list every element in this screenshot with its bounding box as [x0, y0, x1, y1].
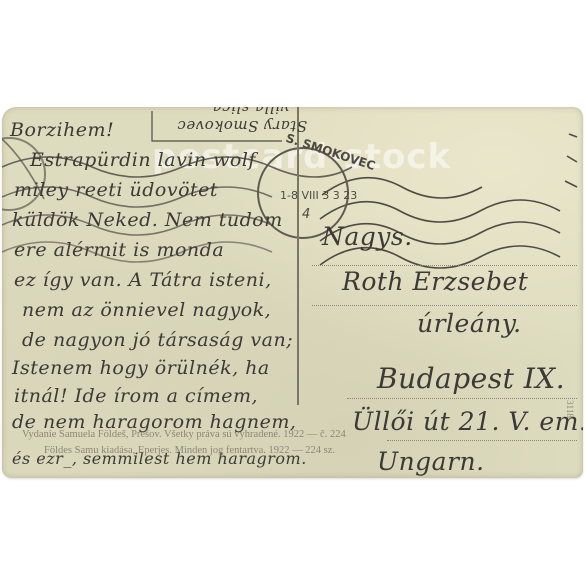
message-line-10: itnál! Ide írom a címem,	[14, 385, 258, 407]
address-title: úrleány.	[417, 309, 522, 338]
address-line-4	[387, 440, 577, 441]
message-line-4: küldök Neked. Nem tudom	[12, 209, 283, 231]
message-line-2: Estrapürdin lavin wolf	[30, 149, 256, 171]
message-line-6: ez így van. A Tátra isteni,	[14, 269, 272, 291]
address-street: Üllői út 21. V. em.	[352, 407, 583, 436]
imprint-hungarian: Földes Samu kiadása, Eperjes. Minden jog…	[44, 445, 335, 456]
postmark-date: 1-8 VIII 3 3 23	[280, 189, 357, 202]
message-line-5: ere alérmit is monda	[14, 239, 224, 261]
upside-down-note-line-1: Stary Smokovec	[177, 117, 307, 135]
address-city: Budapest IX.	[377, 362, 565, 395]
upside-down-note-line-2: villa slica.	[207, 107, 289, 117]
address-name: Roth Erzsebet	[342, 267, 528, 296]
vertical-divider	[297, 107, 299, 405]
address-salutation: Nagys.	[322, 222, 413, 251]
message-line-7: nem az önnievel nagyok,	[22, 299, 271, 321]
postmark-code: 4	[302, 207, 310, 222]
imprint-slovak: Vydanie Samuela Földeš, Prešov. Všetky p…	[22, 429, 346, 440]
address-line-2	[312, 305, 577, 306]
serial-number: 3118	[565, 400, 575, 418]
postcard-back: postcard-stock S. SMOKOVEC 1-8 VIII 3 3 …	[2, 107, 583, 478]
address-line-1	[312, 265, 577, 266]
message-line-8: de nagyon jó társaság van;	[22, 329, 293, 351]
message-line-3: miley reeti üdovötet	[14, 179, 218, 201]
message-line-1: Borzihem!	[10, 119, 114, 141]
address-line-3	[347, 398, 577, 399]
address-country: Ungarn.	[377, 447, 485, 476]
message-line-9: Istenem hogy örülnék, ha	[12, 357, 270, 379]
